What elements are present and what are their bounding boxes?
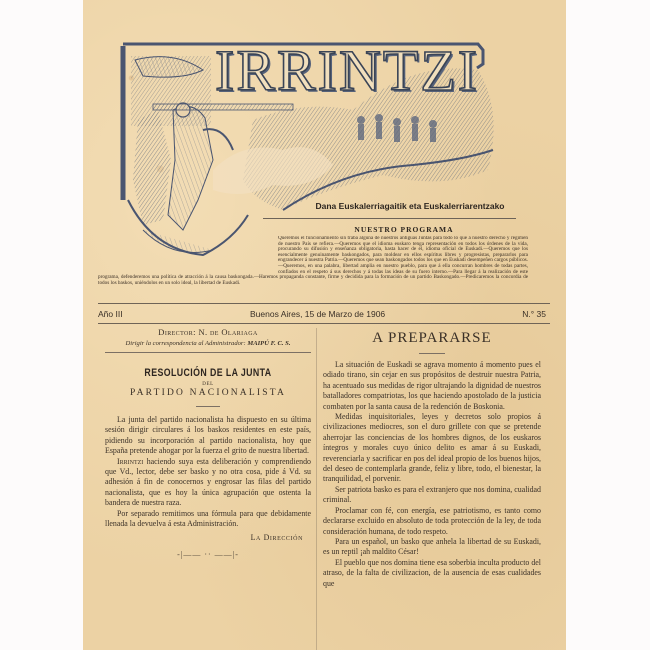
right-column: A PREPARARSE La situación de Euskadi se … bbox=[323, 330, 541, 589]
admin-prefix: Dirigir la correspondencia al Administra… bbox=[126, 340, 248, 347]
dateline-bottom-rule bbox=[98, 323, 550, 324]
masthead-motto: Dana Euskalerriagaitik eta Euskalerriare… bbox=[295, 201, 525, 211]
article-rule bbox=[419, 353, 445, 354]
ornament-divider: -|—— ·· ——|- bbox=[105, 550, 311, 559]
article-body-resolucion: La junta del partido nacionalista ha dis… bbox=[105, 415, 311, 529]
dateline-top-rule bbox=[98, 303, 550, 304]
issue-number: N.° 35 bbox=[522, 309, 546, 319]
place-date: Buenos Aires, 15 de Marzo de 1906 bbox=[250, 309, 385, 319]
article-del: DEL bbox=[105, 382, 311, 387]
left-column: Director: N. de Olariaga Dirigir la corr… bbox=[105, 327, 311, 559]
paragraph: Para un español, un basko que anhela la … bbox=[323, 537, 541, 558]
paragraph: La situación de Euskadi se agrava moment… bbox=[323, 360, 541, 412]
director-line: Director: N. de Olariaga bbox=[105, 327, 311, 337]
admin-address: MAIPÚ F. C. S. bbox=[247, 340, 290, 347]
newspaper-page: IRRINTZI Dana Euskalerriagaitik eta Eusk… bbox=[83, 0, 566, 650]
article-rule bbox=[196, 406, 220, 407]
article-subtitle: PARTIDO NACIONALISTA bbox=[105, 388, 311, 398]
program-text: Queremos el funcionamiento sin traba alg… bbox=[98, 236, 528, 300]
article-title-prepararse: A PREPARARSE bbox=[323, 330, 541, 347]
signature: La Dirección bbox=[105, 533, 311, 542]
article-title-resolucion: RESOLUCIÓN DE LA JUNTA bbox=[126, 367, 291, 379]
dateline: Año III Buenos Aires, 15 de Marzo de 190… bbox=[98, 309, 550, 321]
masthead: IRRINTZI Dana Euskalerriagaitik eta Eusk… bbox=[83, 0, 566, 270]
paragraph: La junta del partido nacionalista ha dis… bbox=[105, 415, 311, 457]
column-divider bbox=[316, 328, 317, 650]
admin-line: Dirigir la correspondencia al Administra… bbox=[105, 340, 311, 347]
article-body-prepararse: La situación de Euskadi se agrava moment… bbox=[323, 360, 541, 589]
motto-divider bbox=[263, 218, 516, 219]
masthead-title: IRRINTZI bbox=[215, 42, 479, 100]
irrintzi-lead: Irrintzi bbox=[117, 457, 143, 466]
volume-year: Año III bbox=[98, 309, 123, 319]
paragraph: Por separado remitimos una fórmula para … bbox=[105, 509, 311, 530]
left-column-rule bbox=[105, 352, 311, 353]
paragraph: Irrintzi haciendo suya esta deliberación… bbox=[105, 457, 311, 509]
paragraph: El pueblo que nos domina tiene esa sober… bbox=[323, 558, 541, 589]
paragraph: Medidas inquisitoriales, leyes y decreto… bbox=[323, 412, 541, 485]
paragraph: Ser patriota basko es para el extranjero… bbox=[323, 485, 541, 506]
program-title: NUESTRO PROGRAMA bbox=[339, 225, 469, 234]
paragraph: Proclamar con fé, con energía, ese patri… bbox=[323, 506, 541, 537]
